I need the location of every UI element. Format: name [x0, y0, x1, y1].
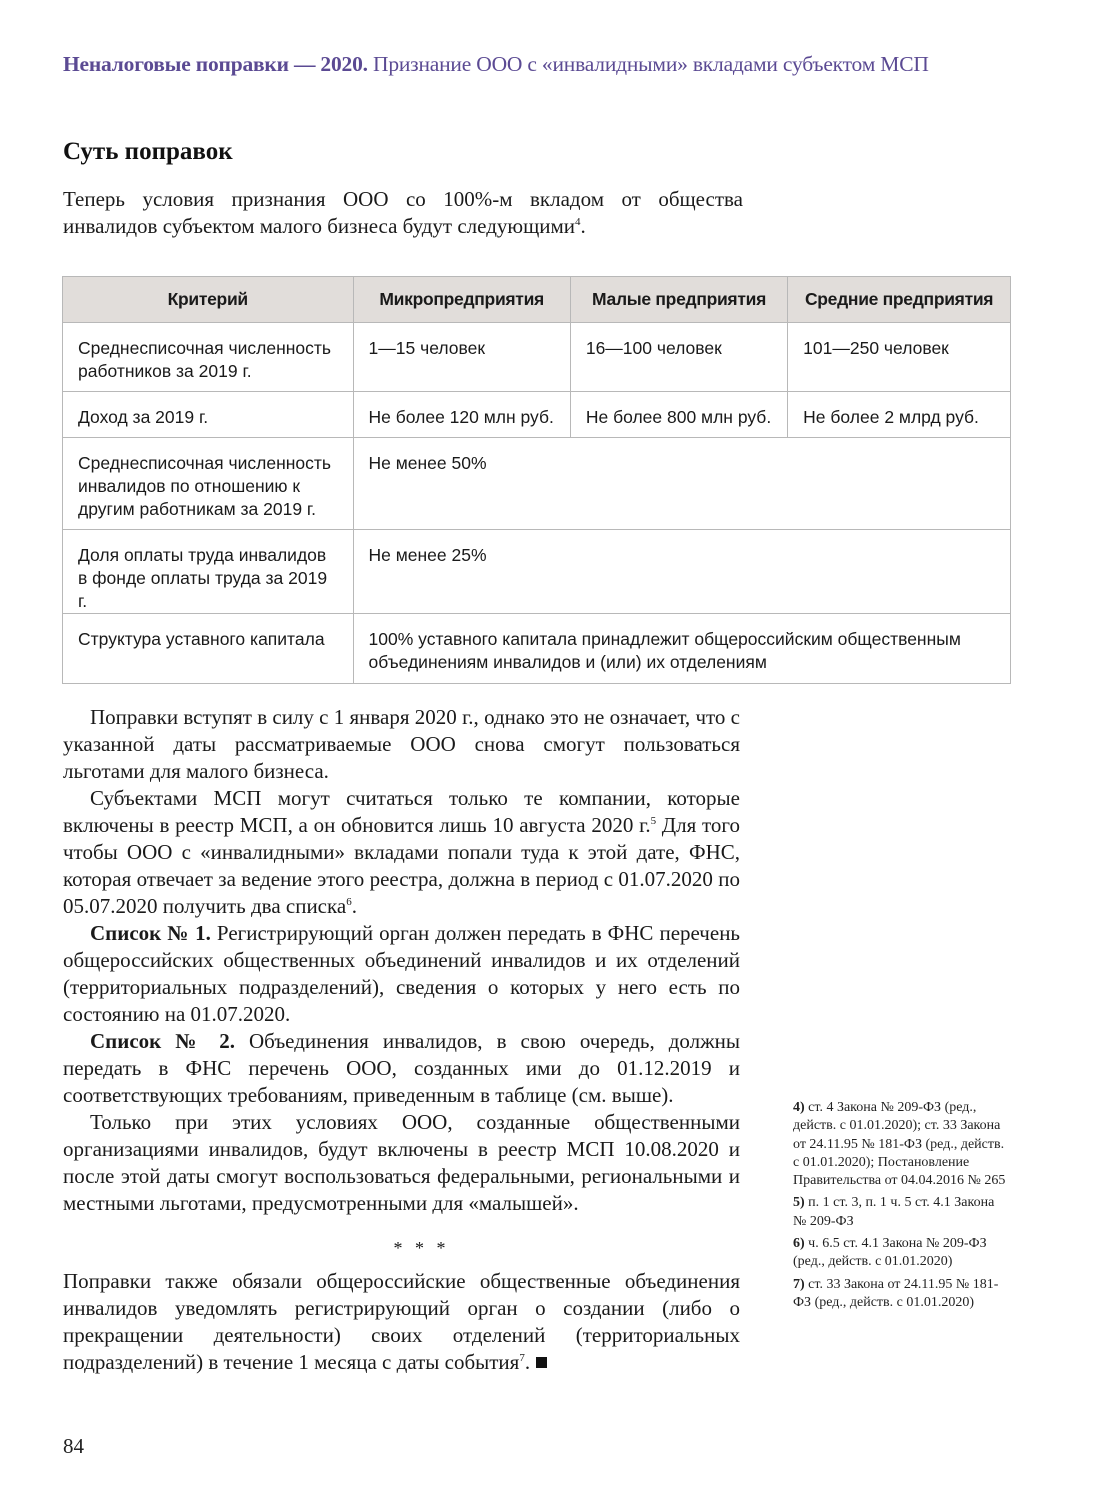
table-row: Структура уставного капитала 100% уставн…	[63, 614, 1011, 684]
table-row: Среднесписочная численность работников з…	[63, 323, 1011, 392]
criterion-cell: Среднесписочная численность работников з…	[63, 323, 354, 392]
micro-cell: 1—15 человек	[353, 323, 570, 392]
criterion-cell: Доход за 2019 г.	[63, 392, 354, 438]
criteria-table: Критерий Микропредприятия Малые предприя…	[62, 276, 1011, 684]
micro-cell: Не более 120 млн руб.	[353, 392, 570, 438]
footnote: 5) п. 1 ст. 3, п. 1 ч. 5 ст. 4.1 Закона …	[793, 1194, 1008, 1231]
paragraph: Только при этих условиях ООО, созданные …	[63, 1109, 740, 1217]
intro-paragraph: Теперь условия признания ООО со 100%-м в…	[63, 186, 743, 240]
column-header-micro: Микропредприятия	[353, 277, 570, 323]
list-2-label: Список № 2.	[90, 1029, 235, 1053]
footnote: 6) ч. 6.5 ст. 4.1 Закона № 209-ФЗ (ред.,…	[793, 1235, 1008, 1272]
footnote: 7) ст. 33 Закона от 24.11.95 № 181-ФЗ (р…	[793, 1276, 1008, 1313]
medium-cell: Не более 2 млрд руб.	[788, 392, 1011, 438]
criterion-cell: Доля оплаты труда инвалидов в фонде опла…	[63, 530, 354, 614]
paragraph-list-2: Список № 2. Объединения инвалидов, в сво…	[63, 1028, 740, 1109]
medium-cell: 101—250 человек	[788, 323, 1011, 392]
page-number: 84	[63, 1434, 84, 1459]
small-cell: 16—100 человек	[570, 323, 787, 392]
footnotes: 4) ст. 4 Закона № 209-ФЗ (ред., действ. …	[793, 1099, 1008, 1316]
table-row: Доход за 2019 г. Не более 120 млн руб. Н…	[63, 392, 1011, 438]
section-title: Суть поправок	[63, 138, 233, 166]
running-head-title: Признание ООО с «инвалидными» вкладами с…	[373, 52, 929, 76]
table-row: Доля оплаты труда инвалидов в фонде опла…	[63, 530, 1011, 614]
table-header-row: Критерий Микропредприятия Малые предприя…	[63, 277, 1011, 323]
small-cell: Не более 800 млн руб.	[570, 392, 787, 438]
merged-value-cell: 100% уставного капитала принадлежит обще…	[353, 614, 1010, 684]
column-header-criterion: Критерий	[63, 277, 354, 323]
merged-value-cell: Не менее 50%	[353, 438, 1010, 530]
column-header-small: Малые предприятия	[570, 277, 787, 323]
criterion-cell: Структура уставного капитала	[63, 614, 354, 684]
article-body: Поправки вступят в силу с 1 января 2020 …	[63, 704, 740, 1376]
paragraph: Поправки вступят в силу с 1 января 2020 …	[63, 704, 740, 785]
table-row: Среднесписочная численность инвалидов по…	[63, 438, 1011, 530]
running-head: Неналоговые поправки — 2020. Признание О…	[63, 52, 929, 77]
criterion-cell: Среднесписочная численность инвалидов по…	[63, 438, 354, 530]
paragraph: Поправки также обязали общероссийские об…	[63, 1268, 740, 1376]
running-head-bold: Неналоговые поправки — 2020.	[63, 52, 368, 76]
section-separator: * * *	[63, 1235, 740, 1262]
merged-value-cell: Не менее 25%	[353, 530, 1010, 614]
end-of-article-mark-icon	[536, 1357, 547, 1368]
list-1-label: Список № 1.	[90, 921, 211, 945]
column-header-medium: Средние предприятия	[788, 277, 1011, 323]
paragraph-list-1: Список № 1. Регистрирующий орган должен …	[63, 920, 740, 1028]
paragraph: Субъектами МСП могут считаться только те…	[63, 785, 740, 920]
footnote: 4) ст. 4 Закона № 209-ФЗ (ред., действ. …	[793, 1099, 1008, 1190]
